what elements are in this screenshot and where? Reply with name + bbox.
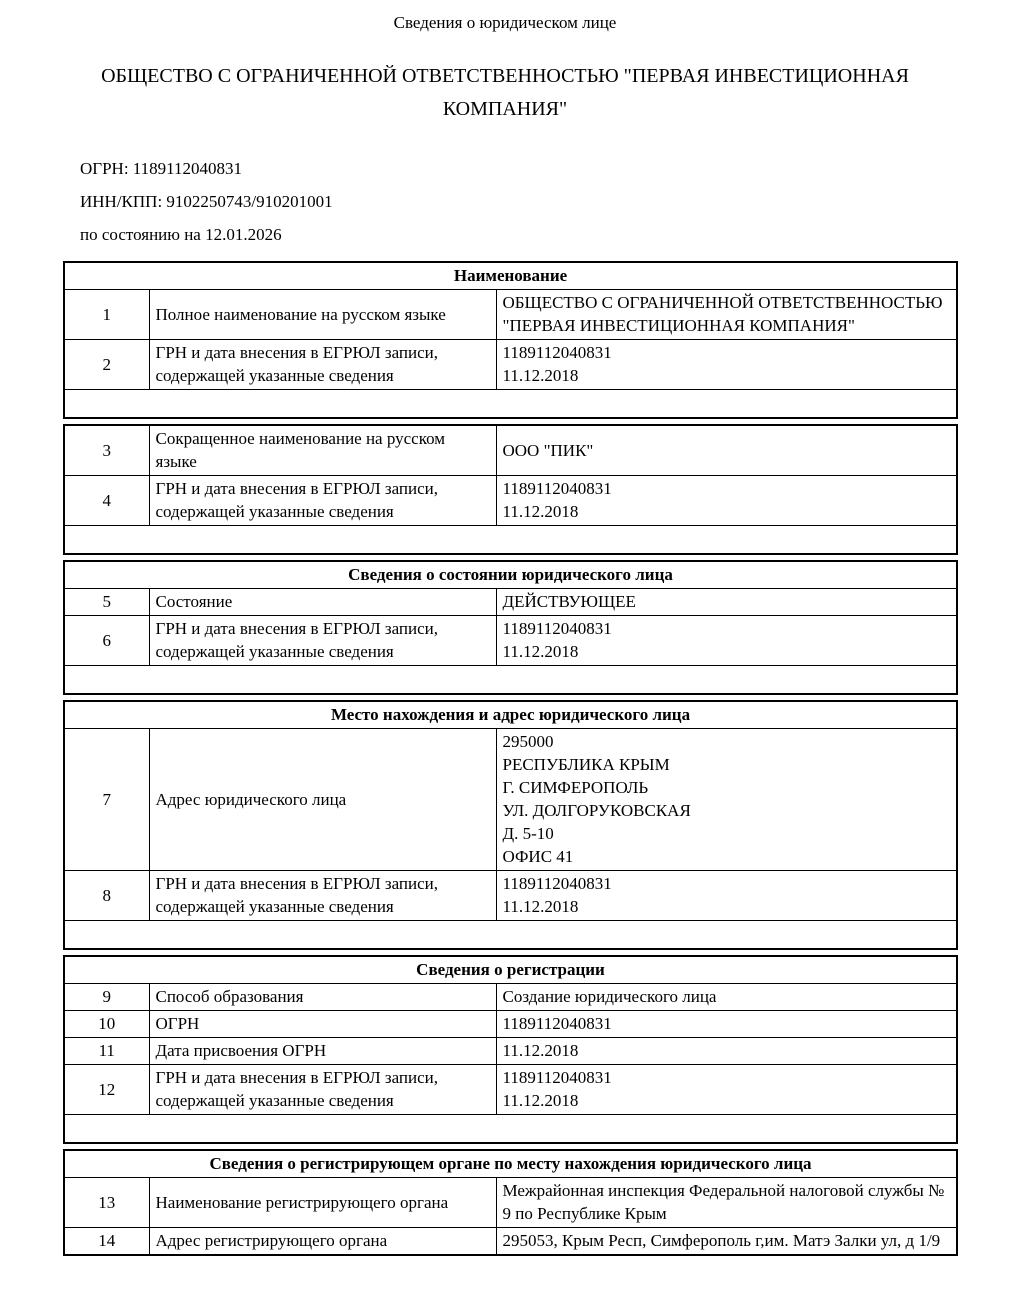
value-line: 11.12.2018 [503, 1039, 951, 1062]
registry-meta: ОГРН: 1189112040831 ИНН/КПП: 9102250743/… [80, 152, 1010, 251]
section-table: Сведения о состоянии юридического лица5С… [63, 560, 958, 695]
row-number-cell: 2 [64, 340, 149, 390]
value-line: ДЕЙСТВУЮЩЕЕ [503, 590, 951, 613]
section-table: 3Сокращенное наименование на русском язы… [63, 424, 958, 555]
row-label-cell: Состояние [149, 589, 496, 616]
row-value-cell: 118911204083111.12.2018 [496, 340, 957, 390]
value-line: 1189112040831 [503, 872, 951, 895]
row-label-cell: Адрес юридического лица [149, 729, 496, 871]
row-value-cell: 11.12.2018 [496, 1038, 957, 1065]
section-table: Место нахождения и адрес юридического ли… [63, 700, 958, 950]
as-of-date-line: по состоянию на 12.01.2026 [80, 218, 1010, 251]
row-label-cell: Способ образования [149, 984, 496, 1011]
row-label-cell: ГРН и дата внесения в ЕГРЮЛ записи, соде… [149, 476, 496, 526]
spacer-row [64, 666, 957, 695]
info-tables: Наименование1Полное наименование на русс… [63, 261, 958, 1256]
row-label-cell: ГРН и дата внесения в ЕГРЮЛ записи, соде… [149, 1065, 496, 1115]
row-label-cell: ГРН и дата внесения в ЕГРЮЛ записи, соде… [149, 340, 496, 390]
section-header-row: Наименование [64, 262, 957, 290]
row-value-cell: 295000РЕСПУБЛИКА КРЫМГ. СИМФЕРОПОЛЬУЛ. Д… [496, 729, 957, 871]
section-header-cell: Сведения о регистрирующем органе по мест… [64, 1150, 957, 1178]
row-label-cell: Полное наименование на русском языке [149, 290, 496, 340]
row-number-cell: 10 [64, 1011, 149, 1038]
table-row: 11Дата присвоения ОГРН11.12.2018 [64, 1038, 957, 1065]
value-line: 11.12.2018 [503, 1089, 951, 1112]
row-number-cell: 12 [64, 1065, 149, 1115]
row-number-cell: 11 [64, 1038, 149, 1065]
row-label-cell: ГРН и дата внесения в ЕГРЮЛ записи, соде… [149, 616, 496, 666]
section-header-cell: Сведения о состоянии юридического лица [64, 561, 957, 589]
section-header-row: Сведения о регистрирующем органе по мест… [64, 1150, 957, 1178]
ogrn-line: ОГРН: 1189112040831 [80, 152, 1010, 185]
value-line: ОБЩЕСТВО С ОГРАНИЧЕННОЙ ОТВЕТСТВЕННОСТЬЮ… [503, 291, 951, 337]
row-value-cell: 118911204083111.12.2018 [496, 476, 957, 526]
table-row: 4ГРН и дата внесения в ЕГРЮЛ записи, сод… [64, 476, 957, 526]
spacer-row [64, 526, 957, 555]
table-row: 8ГРН и дата внесения в ЕГРЮЛ записи, сод… [64, 871, 957, 921]
row-number-cell: 9 [64, 984, 149, 1011]
row-number-cell: 1 [64, 290, 149, 340]
spacer-row [64, 1115, 957, 1144]
row-value-cell: 1189112040831 [496, 1011, 957, 1038]
document-title: Сведения о юридическом лице [0, 12, 1010, 34]
table-row: 5СостояниеДЕЙСТВУЮЩЕЕ [64, 589, 957, 616]
value-line: 11.12.2018 [503, 895, 951, 918]
document-page: Сведения о юридическом лице ОБЩЕСТВО С О… [0, 0, 1010, 1316]
spacer-row [64, 921, 957, 950]
row-value-cell: Межрайонная инспекция Федеральной налого… [496, 1178, 957, 1228]
value-line: 11.12.2018 [503, 500, 951, 523]
spacer-cell [64, 390, 957, 419]
row-value-cell: ООО "ПИК" [496, 425, 957, 476]
value-line: Межрайонная инспекция Федеральной налого… [503, 1179, 951, 1225]
value-line: Г. СИМФЕРОПОЛЬ [503, 776, 951, 799]
row-label-cell: ГРН и дата внесения в ЕГРЮЛ записи, соде… [149, 871, 496, 921]
table-row: 3Сокращенное наименование на русском язы… [64, 425, 957, 476]
section-table: Сведения о регистрации9Способ образовани… [63, 955, 958, 1144]
row-value-cell: 118911204083111.12.2018 [496, 871, 957, 921]
value-line: ООО "ПИК" [503, 439, 951, 462]
value-line: РЕСПУБЛИКА КРЫМ [503, 753, 951, 776]
value-line: 11.12.2018 [503, 364, 951, 387]
row-label-cell: Сокращенное наименование на русском язык… [149, 425, 496, 476]
row-value-cell: 118911204083111.12.2018 [496, 616, 957, 666]
row-number-cell: 7 [64, 729, 149, 871]
value-line: УЛ. ДОЛГОРУКОВСКАЯ [503, 799, 951, 822]
table-row: 9Способ образованияСоздание юридического… [64, 984, 957, 1011]
section-header-cell: Сведения о регистрации [64, 956, 957, 984]
spacer-cell [64, 1115, 957, 1144]
table-row: 1Полное наименование на русском языкеОБЩ… [64, 290, 957, 340]
row-number-cell: 14 [64, 1228, 149, 1256]
value-line: ОФИС 41 [503, 845, 951, 868]
table-row: 13Наименование регистрирующего органаМеж… [64, 1178, 957, 1228]
row-value-cell: Создание юридического лица [496, 984, 957, 1011]
value-line: 1189112040831 [503, 341, 951, 364]
spacer-cell [64, 921, 957, 950]
section-header-row: Сведения о регистрации [64, 956, 957, 984]
table-row: 14Адрес регистрирующего органа295053, Кр… [64, 1228, 957, 1256]
row-number-cell: 5 [64, 589, 149, 616]
spacer-cell [64, 666, 957, 695]
value-line: 295000 [503, 730, 951, 753]
value-line: 1189112040831 [503, 1012, 951, 1035]
row-number-cell: 6 [64, 616, 149, 666]
spacer-row [64, 390, 957, 419]
table-row: 6ГРН и дата внесения в ЕГРЮЛ записи, сод… [64, 616, 957, 666]
spacer-cell [64, 526, 957, 555]
value-line: 11.12.2018 [503, 640, 951, 663]
row-value-cell: 295053, Крым Респ, Симферополь г,им. Мат… [496, 1228, 957, 1256]
inn-kpp-line: ИНН/КПП: 9102250743/910201001 [80, 185, 1010, 218]
value-line: 1189112040831 [503, 617, 951, 640]
value-line: Создание юридического лица [503, 985, 951, 1008]
table-row: 12ГРН и дата внесения в ЕГРЮЛ записи, со… [64, 1065, 957, 1115]
section-header-row: Место нахождения и адрес юридического ли… [64, 701, 957, 729]
section-header-row: Сведения о состоянии юридического лица [64, 561, 957, 589]
row-number-cell: 4 [64, 476, 149, 526]
value-line: 1189112040831 [503, 1066, 951, 1089]
section-table: Сведения о регистрирующем органе по мест… [63, 1149, 958, 1256]
row-number-cell: 3 [64, 425, 149, 476]
table-row: 7Адрес юридического лица295000РЕСПУБЛИКА… [64, 729, 957, 871]
value-line: 295053, Крым Респ, Симферополь г,им. Мат… [503, 1229, 951, 1252]
row-number-cell: 13 [64, 1178, 149, 1228]
section-header-cell: Место нахождения и адрес юридического ли… [64, 701, 957, 729]
section-header-cell: Наименование [64, 262, 957, 290]
value-line: 1189112040831 [503, 477, 951, 500]
table-row: 10ОГРН1189112040831 [64, 1011, 957, 1038]
row-value-cell: 118911204083111.12.2018 [496, 1065, 957, 1115]
row-label-cell: Дата присвоения ОГРН [149, 1038, 496, 1065]
table-row: 2ГРН и дата внесения в ЕГРЮЛ записи, сод… [64, 340, 957, 390]
row-label-cell: ОГРН [149, 1011, 496, 1038]
section-table: Наименование1Полное наименование на русс… [63, 261, 958, 419]
row-value-cell: ОБЩЕСТВО С ОГРАНИЧЕННОЙ ОТВЕТСТВЕННОСТЬЮ… [496, 290, 957, 340]
row-value-cell: ДЕЙСТВУЮЩЕЕ [496, 589, 957, 616]
row-number-cell: 8 [64, 871, 149, 921]
row-label-cell: Наименование регистрирующего органа [149, 1178, 496, 1228]
value-line: Д. 5-10 [503, 822, 951, 845]
company-name-heading: ОБЩЕСТВО С ОГРАНИЧЕННОЙ ОТВЕТСТВЕННОСТЬЮ… [0, 60, 1010, 126]
row-label-cell: Адрес регистрирующего органа [149, 1228, 496, 1256]
